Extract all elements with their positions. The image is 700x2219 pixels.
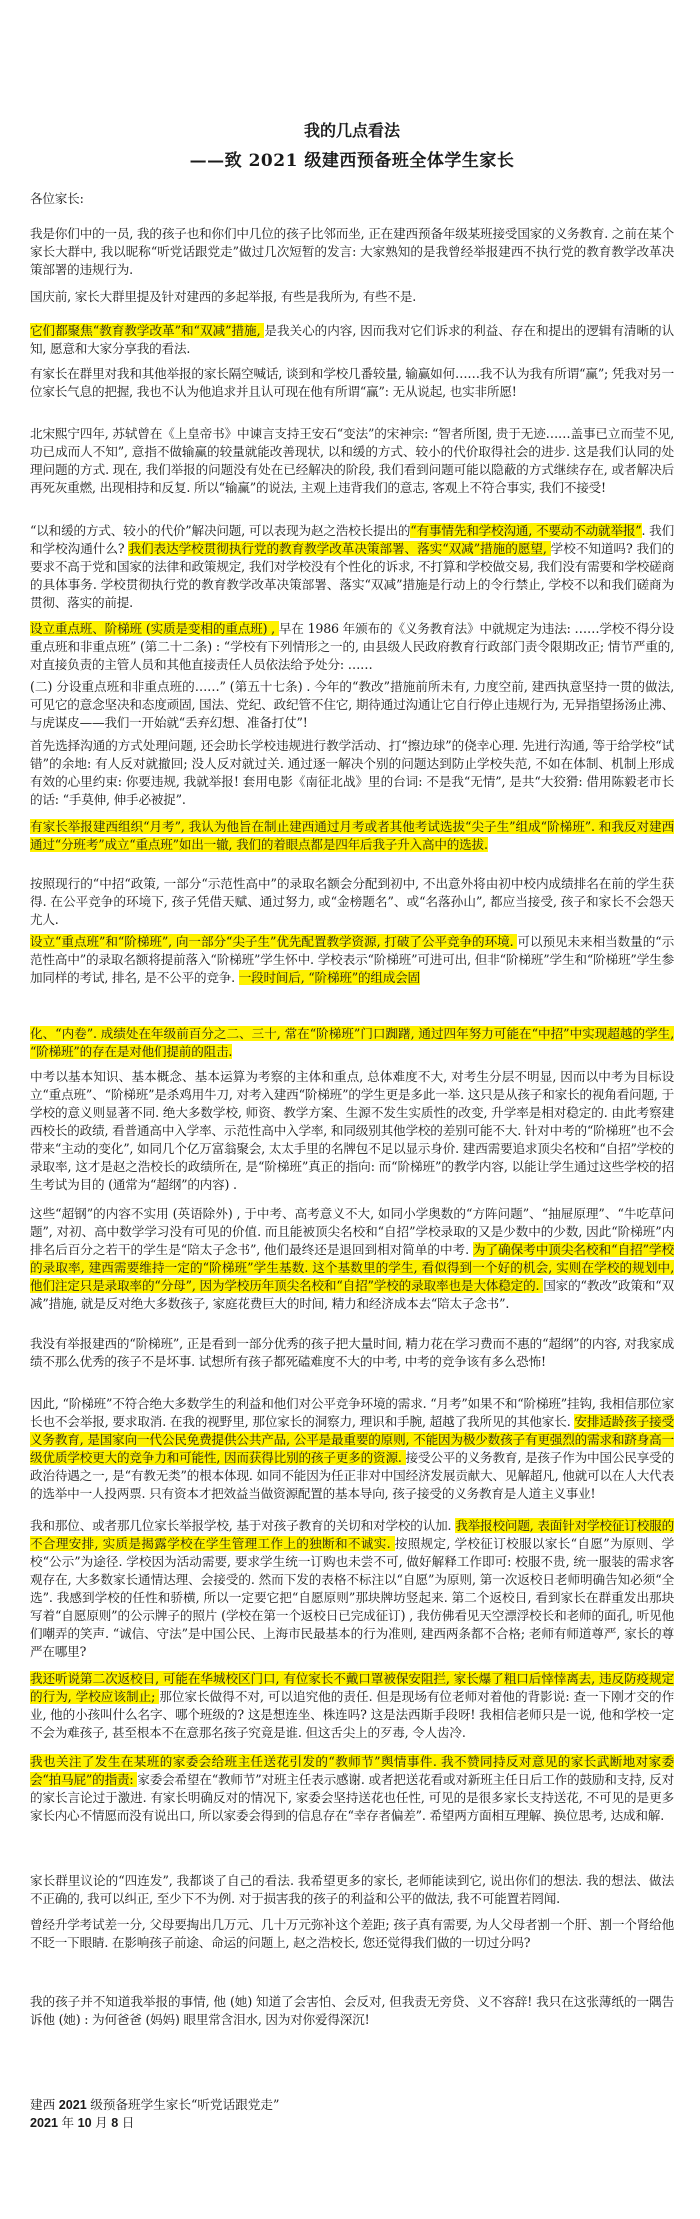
paragraph-text: 按照现行的“中招“政策, 一部分“示范性高中”的录取名额会分配到初中, 不出意外… — [30, 876, 674, 927]
paragraph-text: 我的孩子并不知道我举报的事情, 他 (她) 知道了会害怕、会反对, 但我责无旁贷… — [30, 1994, 674, 2027]
paragraph-text: 按照规定, 学校征订校服以家长“自愿”为原则、学校“公示”为途径. 学校因为活动… — [30, 1536, 674, 1659]
document-subtitle: ——致 2021 级建西预备班全体学生家长 — [30, 146, 674, 171]
paragraph-text: 有家长在群里对我和其他举报的家长隔空喊话, 谈到和学校几番较量, 输赢如何……我… — [30, 366, 674, 399]
paragraph: 我没有举报建西的“阶梯班”, 正是看到一部分优秀的孩子把大量时间, 精力花在学习… — [30, 1335, 674, 1371]
paragraph-text: “以和缓的方式、较小的代价”解决问题, 可以表现为赵之浩校长提出的 — [30, 523, 410, 538]
paragraph: 中考以基本知识、基本概念、基本运算为考察的主体和重点, 总体难度不大, 对考生分… — [30, 1068, 674, 1194]
paragraph: 它们都聚焦“教育教学改革”和“双减”措施, 是我关心的内容, 因而我对它们诉求的… — [30, 322, 674, 358]
highlighted-text: “有事情先和学校沟通, 不要动不动就举报” — [410, 523, 641, 538]
paragraph-text: 首先选择沟通的方式处理问题, 还会助长学校违规进行教学活动、打“擦边球”的侥幸心… — [30, 738, 674, 807]
paragraph: 这些“超钢”的内容不实用 (英语除外) , 于中考、高考意义不大, 如同小学奥数… — [30, 1205, 674, 1313]
paragraph: 化、“内卷”. 成绩处在年级前百分之二、三十, 常在“阶梯班”门口踟躇, 通过四… — [30, 1025, 674, 1061]
paragraph-text: 我和那位、或者那几位家长举报学校, 基于对孩子教育的关切和对学校的认加. — [30, 1518, 455, 1533]
paragraph-text: 国庆前, 家长大群里提及针对建西的多起举报, 有些是我所为, 有些不是. — [30, 289, 416, 304]
document-title: 我的几点看法 — [30, 118, 674, 141]
paragraph: 家长群里议论的“四连发”, 我都谈了自己的看法. 我希望更多的家长, 老师能读到… — [30, 1872, 674, 1908]
paragraph-text: (二) 分设重点班和非重点班的……” (第五十七条) . 今年的“教改”措施前所… — [30, 679, 674, 730]
highlighted-text: 设立重点班、阶梯班 (实质是变相的重点班) , — [30, 621, 279, 636]
salutation: 各位家长: — [30, 190, 674, 208]
paragraph: 我还听说第二次返校日, 可能在华城校区门口, 有位家长不戴口罩被保安阻拦, 家长… — [30, 1670, 674, 1742]
paragraph-text: 我没有举报建西的“阶梯班”, 正是看到一部分优秀的孩子把大量时间, 精力花在学习… — [30, 1336, 674, 1369]
highlighted-text: 一段时间后, “阶梯班”的组成会固 — [239, 970, 420, 985]
paragraph-text: 北宋熙宁四年, 苏轼曾在《上皇帝书》中谏言支持王安石“变法”的宋神宗: “智者所… — [30, 426, 674, 495]
paragraph-text: 我是你们中的一员, 我的孩子也和你们中几位的孩子比邻而坐, 正在建西预备年级某班… — [30, 226, 674, 277]
signature-date: 2021 年 10 月 8 日 — [30, 2114, 134, 2132]
signature-author: 建西 2021 级预备班学生家长“听党话跟党走” — [30, 2096, 279, 2114]
paragraph: 我也关注了发生在某班的家委会给班主任送花引发的“教师节”舆情事件. 我不赞同持反… — [30, 1753, 674, 1825]
paragraph-text: 家长群里议论的“四连发”, 我都谈了自己的看法. 我希望更多的家长, 老师能读到… — [30, 1873, 674, 1906]
paragraph: 因此, “阶梯班”不符合绝大多数学生的利益和他们对公平竞争环境的需求. “月考”… — [30, 1395, 674, 1503]
paragraph: 北宋熙宁四年, 苏轼曾在《上皇帝书》中谏言支持王安石“变法”的宋神宗: “智者所… — [30, 425, 674, 497]
paragraph: 有家长在群里对我和其他举报的家长隔空喊话, 谈到和学校几番较量, 输赢如何……我… — [30, 365, 674, 401]
paragraph: (二) 分设重点班和非重点班的……” (第五十七条) . 今年的“教改”措施前所… — [30, 678, 674, 732]
highlighted-text: 设立“重点班”和“阶梯班”, 向一部分“尖子生”优先配置教学资源, 打破了公平竞… — [30, 934, 517, 949]
highlighted-text: 化、“内卷”. 成绩处在年级前百分之二、三十, 常在“阶梯班”门口踟躇, 通过四… — [30, 1026, 674, 1059]
paragraph: 我是你们中的一员, 我的孩子也和你们中几位的孩子比邻而坐, 正在建西预备年级某班… — [30, 225, 674, 279]
highlighted-text: 我们表达学校贯彻执行党的教育教学改革决策部署、落实“双减”措施的愿望, — [128, 541, 550, 556]
paragraph: 设立“重点班”和“阶梯班”, 向一部分“尖子生”优先配置教学资源, 打破了公平竞… — [30, 933, 674, 987]
paragraph: 首先选择沟通的方式处理问题, 还会助长学校违规进行教学活动、打“擦边球”的侥幸心… — [30, 737, 674, 809]
paragraph-text: 曾经升学考试差一分, 父母要掏出几万元、几十万元弥补这个差距; 孩子真有需要, … — [30, 1917, 674, 1950]
paragraph: “以和缓的方式、较小的代价”解决问题, 可以表现为赵之浩校长提出的“有事情先和学… — [30, 522, 674, 612]
paragraph: 设立重点班、阶梯班 (实质是变相的重点班) , 早在 1986 年颁布的《义务教… — [30, 620, 674, 674]
paragraph: 曾经升学考试差一分, 父母要掏出几万元、几十万元弥补这个差距; 孩子真有需要, … — [30, 1916, 674, 1952]
paragraph: 按照现行的“中招“政策, 一部分“示范性高中”的录取名额会分配到初中, 不出意外… — [30, 875, 674, 929]
paragraph-text: 中考以基本知识、基本概念、基本运算为考察的主体和重点, 总体难度不大, 对考生分… — [30, 1069, 674, 1192]
paragraph: 国庆前, 家长大群里提及针对建西的多起举报, 有些是我所为, 有些不是. — [30, 288, 674, 306]
paragraph: 有家长举报建西组织“月考”, 我认为他旨在制止建西通过月考或者其他考试选拔“尖子… — [30, 818, 674, 854]
highlighted-text: 它们都聚焦“教育教学改革”和“双减”措施, — [30, 323, 264, 338]
highlighted-text: 有家长举报建西组织“月考”, 我认为他旨在制止建西通过月考或者其他考试选拔“尖子… — [30, 819, 674, 852]
paragraph: 我的孩子并不知道我举报的事情, 他 (她) 知道了会害怕、会反对, 但我责无旁贷… — [30, 1993, 674, 2029]
paragraph: 我和那位、或者那几位家长举报学校, 基于对孩子教育的关切和对学校的认加. 我举报… — [30, 1517, 674, 1661]
